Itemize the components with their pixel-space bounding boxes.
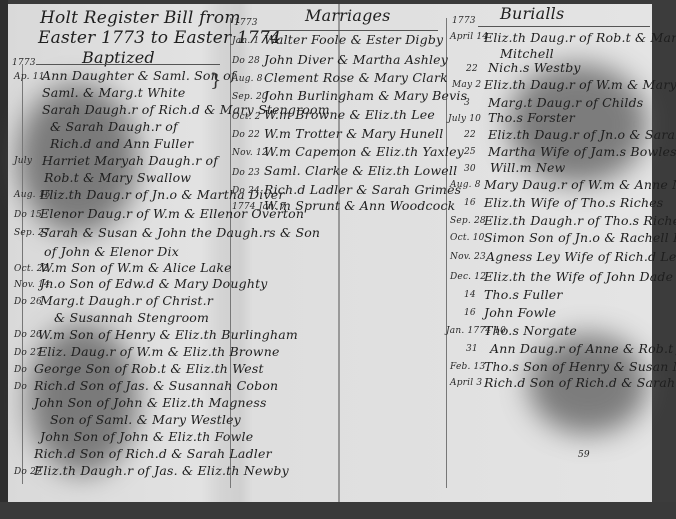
entry-date: Do	[14, 382, 27, 392]
baptism-entry: & Susannah Stengroom	[54, 310, 209, 325]
marriage-entry: Walter Foole & Ester Digby	[264, 32, 443, 47]
entry-date: Sep. 20	[232, 92, 268, 102]
baptism-entry: Sarah & Susan & John the Daugh.rs & Son	[40, 225, 320, 240]
baptism-entry: John Son of John & Eliz.th Fowle	[40, 429, 253, 444]
burial-entry: Mary Daug.r of W.m & Anne Nichols	[484, 177, 676, 192]
baptism-entry: Marg.t Daugh.r of Christ.r	[40, 293, 213, 308]
burial-entry: Eliz.th Wife of Tho.s Riches	[484, 195, 663, 210]
entry-date: Sep. 28	[450, 216, 486, 226]
baptism-entry: Jn.o Son of Edw.d & Mary Doughty	[40, 276, 268, 291]
baptism-entry: Ann Daughter & Saml. Son of	[42, 68, 236, 83]
burial-entry: Rich.d Son of Rich.d & Sarah Lilly	[484, 375, 676, 390]
marriages-year: 1773	[234, 18, 258, 28]
entry-date: April 14	[450, 32, 488, 42]
marriage-entry: Clement Rose & Mary Clark	[264, 70, 448, 85]
baptism-entry: W.m Son of W.m & Alice Lake	[40, 260, 232, 275]
burial-entry: Eliz.th Daugh.r of Tho.s Riches	[484, 213, 676, 228]
marriages-heading: Marriages	[305, 6, 391, 25]
burial-entry: Ann Daug.r of Anne & Rob.t Jary	[490, 341, 676, 356]
burial-entry: John Fowle	[484, 305, 556, 320]
marriage-entry: Saml. Clarke & Eliz.th Lowell	[264, 163, 457, 178]
heading-rule	[478, 26, 650, 27]
heading-rule	[262, 30, 438, 31]
margin-rule	[22, 64, 23, 484]
baptism-entry: Eliz.th Daugh.r of Jas. & Eliz.th Newby	[34, 463, 289, 478]
burial-entry: Tho.s Fuller	[484, 287, 563, 302]
marriage-entry: John Diver & Martha Ashley	[264, 52, 448, 67]
burial-entry: Will.m New	[490, 160, 565, 175]
marriage-entry: W.m Browne & Eliz.th Lee	[264, 107, 435, 122]
baptism-entry: Rob.t & Mary Swallow	[44, 170, 191, 185]
burial-entry: Tho.s Forster	[488, 110, 575, 125]
baptisms-year: 1773	[12, 58, 36, 68]
burial-entry: Eliz.th the Wife of John Dade	[484, 269, 673, 284]
entry-date: Do 26	[14, 297, 42, 307]
burial-entry: Mitchell	[500, 46, 554, 61]
marriage-entry: Rich.d Ladler & Sarah Grimes	[264, 182, 461, 197]
entry-date: 25	[464, 147, 476, 157]
scan-frame-left	[0, 0, 8, 519]
baptism-entry: Saml. & Marg.t White	[42, 85, 185, 100]
baptism-entry: W.m Son of Henry & Eliz.th Burlingham	[38, 327, 298, 342]
burial-entry: Martha Wife of Jam.s Bowles	[488, 144, 676, 159]
burial-entry: Eliz.th Daug.r of Jn.o & Sarah	[488, 127, 676, 142]
entry-date: 30	[464, 164, 476, 174]
entry-date: 16	[464, 198, 476, 208]
entry-date: 22	[466, 64, 478, 74]
marriage-entry: W.m Capemon & Eliz.th Yaxley	[264, 144, 464, 159]
burial-entry: Nich.s Westby	[488, 60, 581, 75]
entry-date: Nov. 23	[450, 252, 486, 262]
burials-heading: Burialls	[500, 4, 564, 23]
entry-date: Do 24	[232, 186, 260, 196]
baptism-entry: John Son of John & Eliz.th Magness	[34, 395, 267, 410]
entry-date: 3	[464, 98, 470, 108]
burials-year: 1773	[452, 16, 476, 26]
page-number: 59	[578, 450, 590, 460]
entry-date: 22	[464, 130, 476, 140]
baptism-entry: Eliz. Daug.r of W.m & Eliz.th Browne	[38, 344, 280, 359]
marriage-entry: W.m Trotter & Mary Hunell	[264, 126, 443, 141]
entry-date: Aug. 8	[232, 74, 263, 84]
entry-date: Oct. 10	[450, 233, 485, 243]
burial-entry: Marg.t Daug.r of Childs	[488, 95, 643, 110]
baptism-entry: & Sarah Daugh.r of	[50, 119, 178, 134]
entry-date: Do 23	[232, 168, 260, 178]
entry-date: Do 15	[14, 210, 42, 220]
baptism-entry: Rich.d and Ann Fuller	[50, 136, 193, 151]
burial-entry: Tho.s Norgate	[484, 323, 577, 338]
entry-date: July	[14, 156, 32, 166]
entry-date: Dec. 12	[450, 272, 486, 282]
entry-date: Do 22	[232, 130, 260, 140]
marriage-entry: John Burlingham & Mary Bevis	[264, 88, 467, 103]
entry-date: May 2	[452, 80, 481, 90]
entry-date: 31	[466, 344, 478, 354]
burial-entry: Agness Ley Wife of Rich.d Ley	[486, 249, 676, 264]
heading-rule	[36, 64, 220, 65]
entry-date: Feb. 13	[450, 362, 485, 372]
entry-date: 14	[464, 290, 476, 300]
baptism-entry: Rich.d Son of Jas. & Susannah Cobon	[34, 378, 278, 393]
entry-date: Do 28	[232, 56, 260, 66]
baptism-entry: Harriet Maryah Daugh.r of	[42, 153, 218, 168]
burial-entry: Simon Son of Jn.o & Rachell Bunns	[484, 230, 676, 245]
burial-entry: Tho.s Son of Henry & Susan Maller	[484, 359, 676, 374]
entry-date: Oct. 2	[232, 112, 261, 122]
entry-date: Ap. 11	[14, 72, 45, 82]
baptism-entry: of John & Elenor Dix	[44, 244, 179, 259]
entry-date: Jan. 1	[232, 36, 259, 46]
entry-date: Do	[14, 365, 27, 375]
entry-date: 16	[464, 308, 476, 318]
brace-mark: }	[210, 70, 222, 91]
scan-frame-bottom	[0, 502, 676, 519]
document-title-line-1: Holt Register Bill from	[40, 8, 241, 28]
burial-entry: Eliz.th Daug.r of W.m & Mary Bircher	[484, 77, 676, 92]
entry-date: July 10	[448, 114, 481, 124]
baptism-entry: Son of Saml. & Mary Westley	[50, 412, 241, 427]
entry-date: April 3	[450, 378, 482, 388]
marriage-entry: W.m Sprunt & Ann Woodcock	[264, 198, 455, 213]
baptism-entry: George Son of Rob.t & Eliz.th West	[34, 361, 264, 376]
burial-entry: Eliz.th Daug.r of Rob.t & Mary Ann	[484, 30, 676, 45]
baptism-entry: Rich.d Son of Rich.d & Sarah Ladler	[34, 446, 272, 461]
entry-date: Aug. 8	[450, 180, 481, 190]
entry-date: Nov. 12	[232, 148, 268, 158]
